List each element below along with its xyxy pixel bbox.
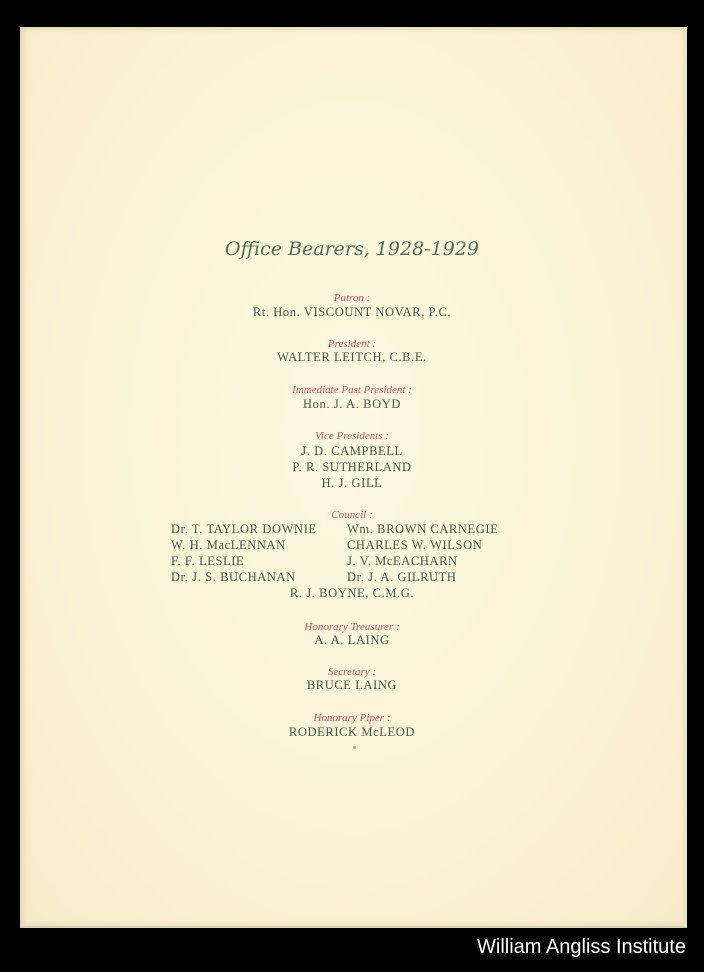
ornament-dot [353, 746, 356, 749]
vice-president-name: J. D. CAMPBELL [20, 444, 684, 459]
secretary-label: Secretary : [20, 666, 684, 678]
document-page: Office Bearers, 1928-1929 Patron : Rt. H… [20, 27, 687, 928]
president-label: President : [20, 338, 684, 350]
council-member: W. H. MacLENNAN [171, 538, 286, 553]
page-title: Office Bearers, 1928-1929 [20, 238, 684, 260]
council-member: F. F. LESLIE [171, 554, 244, 569]
council-member: Dr. T. TAYLOR DOWNIE [171, 522, 317, 537]
council-member: Dr. J. S. BUCHANAN [171, 570, 296, 585]
treasurer-label: Honorary Treasurer : [20, 621, 684, 633]
council-member: CHARLES W. WILSON [347, 538, 482, 553]
treasurer-name: A. A. LAING [20, 633, 684, 648]
institution-caption: William Angliss Institute [477, 936, 686, 959]
council-member: J. V. McEACHARN [347, 554, 458, 569]
piper-label: Honorary Piper : [20, 712, 684, 724]
piper-name: RODERICK McLEOD [20, 725, 684, 740]
secretary-name: BRUCE LAING [20, 678, 684, 693]
council-member: R. J. BOYNE, C.M.G. [20, 586, 684, 601]
vice-president-name: P. R. SUTHERLAND [20, 460, 684, 475]
patron-label: Patron : [20, 292, 684, 304]
patron-name: Rt. Hon. VISCOUNT NOVAR, P.C. [20, 305, 684, 320]
council-member: Dr. J. A. GILRUTH [347, 570, 457, 585]
vice-president-name: H. J. GILL [20, 476, 684, 491]
council-label: Council : [20, 509, 684, 521]
president-name: WALTER LEITCH, C.B.E. [20, 350, 684, 365]
past-president-name: Hon. J. A. BOYD [20, 397, 684, 412]
council-member: Wm. BROWN CARNEGIE [347, 522, 498, 537]
past-president-label: Immediate Past President : [20, 384, 684, 396]
vice-presidents-label: Vice Presidents : [20, 430, 684, 442]
